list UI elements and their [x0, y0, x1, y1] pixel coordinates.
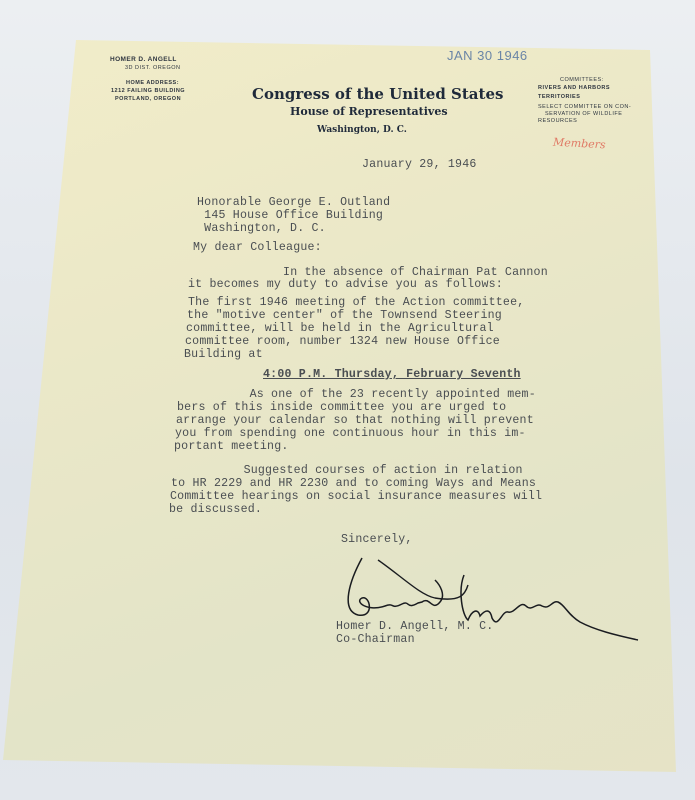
congressman-name: HOMER D. ANGELL [110, 56, 177, 63]
signer-name: Homer D. Angell, M. C. [336, 620, 493, 633]
para3-line: portant meeting. [174, 440, 289, 453]
recipient-line: 145 House Office Building [197, 209, 383, 222]
home-address-label: HOME ADDRESS: [126, 80, 179, 86]
committee-item: RIVERS AND HARBORS [538, 85, 610, 91]
para3-line: you from spending one continuous hour in… [175, 427, 526, 440]
para2-line: committee room, number 1324 new House Of… [185, 335, 500, 348]
committees-label: COMMITTEES: [560, 77, 604, 83]
para4-line: Suggested courses of action in relation [172, 464, 523, 477]
para3-line: As one of the 23 recently appointed mem- [178, 388, 536, 401]
letterhead-title: Congress of the United States [252, 85, 503, 103]
home-address-line1: 1212 FAILING BUILDING [111, 88, 185, 94]
para2-line: committee, will be held in the Agricultu… [186, 322, 494, 335]
recipient-line: Washington, D. C. [197, 222, 326, 235]
para4-line: to HR 2229 and HR 2230 and to coming Way… [171, 477, 536, 490]
para1-line: it becomes my duty to advise you as foll… [188, 278, 503, 291]
letterhead-house: House of Representatives [290, 105, 448, 118]
letter-paper: JAN 30 1946 HOMER D. ANGELL 3D DIST. ORE… [0, 0, 695, 800]
signer-title: Co-Chairman [336, 633, 415, 646]
recipient-line: Honorable George E. Outland [197, 196, 390, 209]
para3-line: arrange your calendar so that nothing wi… [176, 414, 534, 427]
handwritten-note: Members [553, 136, 606, 152]
committee-item: SELECT COMMITTEE ON CON- [538, 104, 631, 110]
letter-date: January 29, 1946 [362, 158, 477, 171]
para2-line: The first 1946 meeting of the Action com… [188, 296, 524, 309]
para4-line: Committee hearings on social insurance m… [170, 490, 542, 503]
para3-line: bers of this inside committee you are ur… [177, 401, 506, 414]
district: 3D DIST. OREGON [125, 65, 180, 71]
meeting-time: 4:00 P.M. Thursday, February Seventh [263, 368, 521, 381]
committee-item: SERVATION OF WILDLIFE [545, 111, 622, 117]
committee-item: TERRITORIES [538, 94, 580, 100]
para4-line: be discussed. [169, 503, 262, 516]
committee-item: RESOURCES [538, 118, 577, 124]
home-address-line2: PORTLAND, OREGON [115, 96, 181, 102]
letterhead-city: Washington, D. C. [317, 125, 407, 135]
para2-line: Building at [184, 348, 263, 361]
received-date-stamp: JAN 30 1946 [447, 48, 528, 63]
salutation: My dear Colleague: [193, 241, 322, 254]
para2-line: the "motive center" of the Townsend Stee… [187, 309, 502, 322]
